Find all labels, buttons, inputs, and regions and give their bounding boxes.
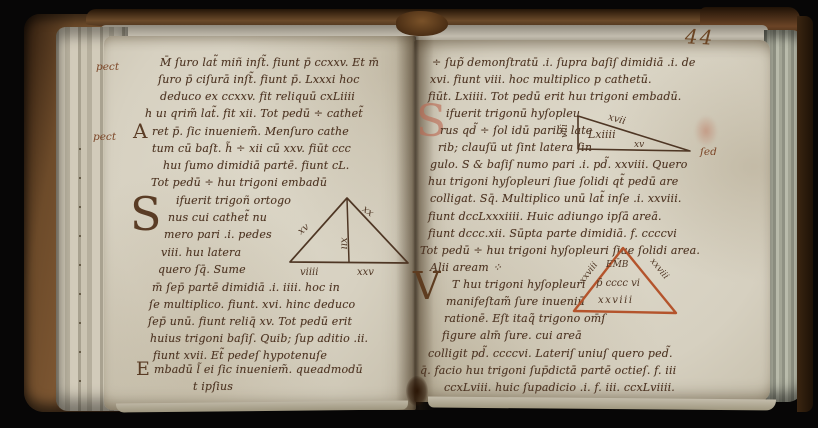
book-cover-right-edge: [797, 16, 813, 412]
initial-s-left: S: [130, 191, 162, 237]
right-triangle-area-label: Lxiiii: [588, 128, 616, 141]
text-line: huius trigoni baſiſ. Quib; ſup aditio .i…: [150, 332, 368, 345]
text-line: fiūt. Lxiiii. Tot pedū erit huı trigoni …: [428, 90, 681, 103]
initial-a: A: [133, 121, 147, 141]
text-line: gulo. S & baſiſ numo pari .i. pd̃. xxvii…: [430, 158, 688, 171]
initial-e: E: [136, 360, 150, 379]
page-bottom-edge-left: [116, 400, 408, 412]
text-line: colligit pd̃. ccccvi. Lateriſ uniuſ quer…: [428, 347, 673, 360]
margin-note-sed: ſed: [700, 146, 717, 158]
text-line: h uı qrim̃ lat̃. fit xii. Tot pedū ÷ cat…: [145, 107, 363, 120]
text-line: m̄ ſep̄ partē dimidiā .i. iiii. hoc in: [152, 281, 340, 294]
text-line: tum cū baſt. h̃ ÷ xii cū xxv. fiūt ccc: [152, 142, 351, 155]
page-bottom-edge-right: [428, 396, 776, 410]
text-line: ÷ ſup̃ demonſtratū .i. ſupra baſiſ dimid…: [432, 56, 696, 69]
text-line: q̄. facio huı trigoni ſup̄dictā partē oc…: [420, 364, 676, 377]
text-line: viii. huı latera: [161, 246, 241, 259]
margin-note-mid: pect: [93, 131, 116, 143]
text-line: fiunt dccLxxxiiii. Huic adiungo ipſā are…: [428, 210, 662, 223]
margin-note-top: pect: [96, 61, 119, 73]
text-line: M̄ ſuro lat̃ miñ inſt̃. fiunt p̄ ccxxv. …: [160, 56, 379, 69]
text-line: huı trigoni hyſopleuri ſiue ſolidi qt̃ p…: [428, 175, 678, 188]
text-line: mbadū l̃ ei ſic inueniem̃. queadmodū: [154, 363, 363, 376]
text-line: ſuro p̄ ciſurā inſt̃. fiunt p̄. Lxxxi ho…: [158, 73, 360, 86]
text-line: colligat. Sq̄. Multiplico unū lat̃ inſe …: [430, 192, 682, 205]
text-line: quero ſq̄. Sume: [158, 263, 246, 276]
text-line: t ipſius: [193, 380, 233, 393]
text-line: nus cui cathet̃ nu: [168, 211, 267, 224]
text-line: figure alm̄ ſure. cui areā: [442, 329, 582, 342]
text-line: deduco ex ccxxv. fit reliquū cxLiiii: [160, 90, 355, 103]
initial-s-right-rubric: S: [416, 100, 446, 144]
triangle-altitude-label: xii: [339, 237, 350, 249]
triangle-base-label: xxv: [357, 267, 374, 278]
text-line: ſe multiplico. fiunt. xvi. hinc deduco: [149, 298, 355, 311]
triangle-base-segment-label: viiii: [300, 267, 318, 278]
text-line: xvi. fiunt viii. hoc multiplico p cathet…: [430, 73, 652, 86]
equilateral-area-label: p̄ cccc vi: [596, 278, 640, 289]
text-line: fiunt xvii. Et̃ pedeſ hypotenuſe: [153, 349, 327, 362]
right-triangle-base-label: xv: [634, 140, 644, 150]
text-line: ret p̄. ſic inueniem̃. Menſuro cathe: [152, 125, 349, 138]
pricking-holes: [79, 148, 81, 406]
text-line: ifuerit trigonū hyſopleu: [446, 107, 580, 120]
manuscript-photo: 44 pect pect ſed M̄ ſuro lat̃ miñ inſt̃.…: [0, 0, 818, 428]
text-line: manifeſtam̃ ſure inueniū: [446, 295, 585, 308]
faded-red-mark: [694, 115, 718, 147]
text-line: ccxLviii. huic ſupadicio .i. f. iii. ccx…: [444, 381, 675, 394]
initial-v: V: [413, 267, 440, 305]
right-triangle-cathetus-label: viii: [560, 124, 570, 138]
text-line: fiunt dccc.xii. Sūpta parte dimidiā. f. …: [428, 227, 677, 240]
equilateral-emb-label: EM̄B: [606, 260, 628, 270]
equilateral-base-label: xxviii: [598, 295, 634, 306]
text-line: ifuerit trigoñ ortogo: [176, 194, 291, 207]
text-line: Alii aream ⁘: [430, 261, 502, 274]
text-line: Tot pedū ÷ huı trigoni embadū: [151, 176, 327, 189]
text-line: mero pari .i. pedes: [164, 228, 272, 241]
text-line: ſep̄ unū. fiunt reliq̄ xv. Tot pedū erit: [148, 315, 352, 328]
text-line: huı ſumo dimidiā partē. fiunt cL.: [163, 159, 349, 172]
gutter-stain: [406, 376, 428, 406]
folio-number: 44: [684, 24, 715, 50]
leather-damage-notch: [396, 11, 448, 36]
